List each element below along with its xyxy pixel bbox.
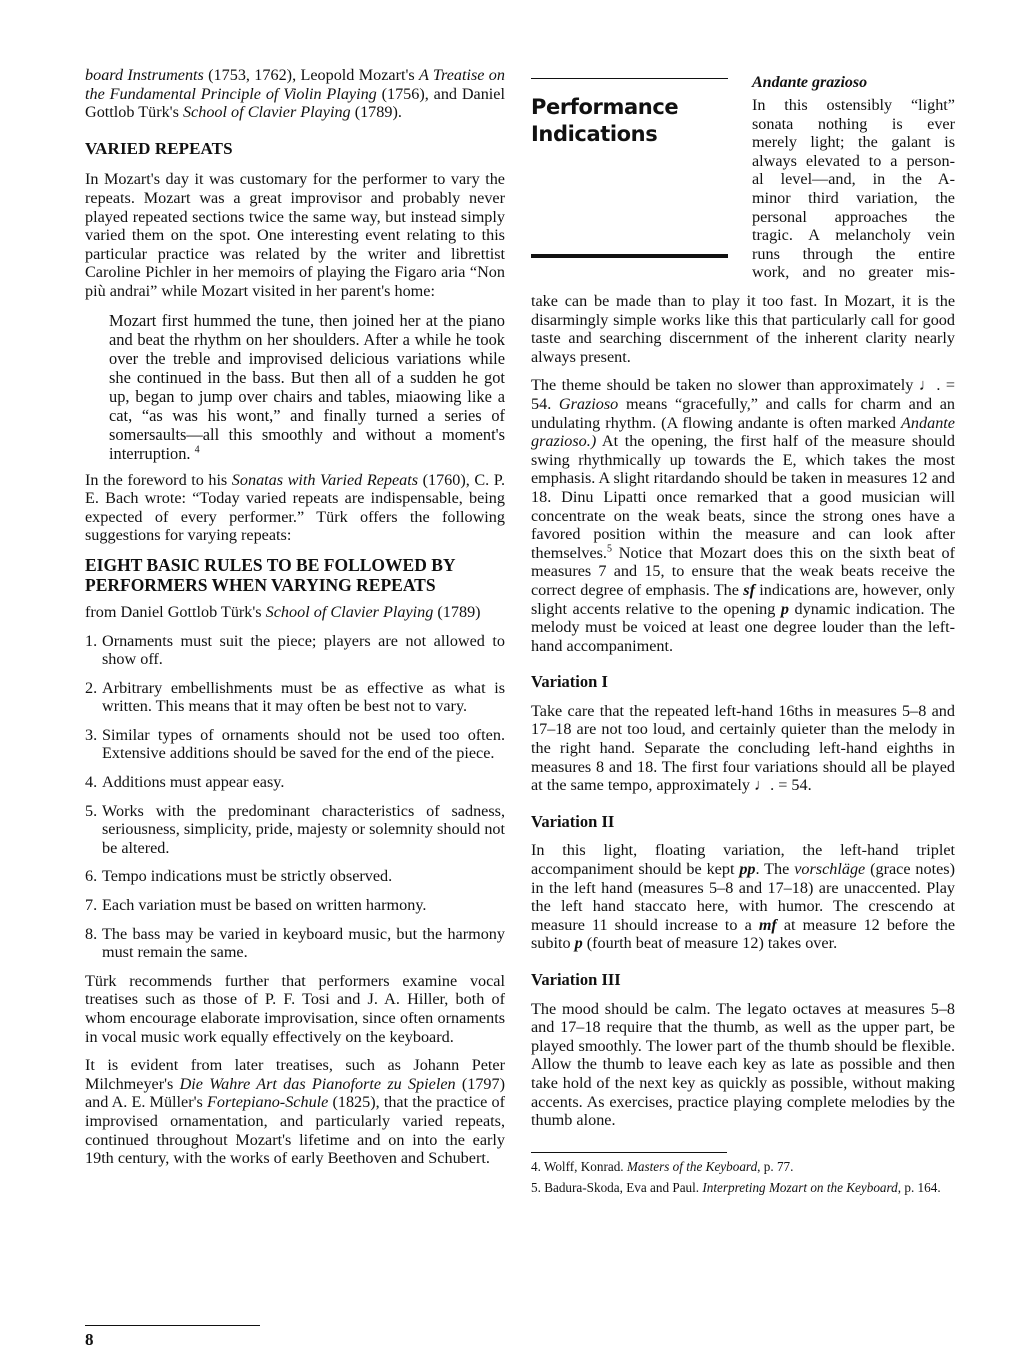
dynamic-marking: sf xyxy=(743,581,755,599)
sidebar-title-line: Performance xyxy=(531,94,678,121)
text: (fourth beat of measure 12) takes over. xyxy=(583,934,837,952)
footnote-rule xyxy=(531,1152,727,1153)
list-number: 3. xyxy=(85,726,102,763)
dynamic-marking: mf xyxy=(759,916,777,934)
book-title: Fortepiano-Schule xyxy=(207,1093,328,1111)
book-title: School of Clavier Playing xyxy=(266,603,434,621)
list-item: 2.Arbitrary embellishments must be as ef… xyxy=(85,679,505,716)
list-text: Works with the predominant characteristi… xyxy=(102,802,505,858)
list-number: 7. xyxy=(85,896,102,915)
theme-paragraph: The theme should be taken no slower than… xyxy=(531,376,955,655)
evident-paragraph: It is evident from later treatises, such… xyxy=(85,1056,505,1168)
text-line: personal approaches the xyxy=(752,208,955,227)
text: . The xyxy=(756,860,795,878)
list-text: Ornaments must suit the piece; players a… xyxy=(102,632,505,669)
variation-1-heading: Variation I xyxy=(531,673,955,692)
text-line: sonata nothing is ever xyxy=(752,115,955,134)
list-item: 7.Each variation must be based on writte… xyxy=(85,896,505,915)
varied-repeats-paragraph: In Mozart's day it was customary for the… xyxy=(85,170,505,300)
text-line: merely light; the galant is xyxy=(752,133,955,152)
turk-paragraph: Türk recommends further that performers … xyxy=(85,972,505,1046)
text-line: runs through the entire xyxy=(752,245,955,264)
section-heading-varied-repeats: VARIED REPEATS xyxy=(85,140,505,159)
text-line: al level—and, in the A- xyxy=(752,170,955,189)
list-text: Arbitrary embellishments must be as effe… xyxy=(102,679,505,716)
text-line: always elevated to a person- xyxy=(752,152,955,171)
foreword-paragraph: In the foreword to his Sonatas with Vari… xyxy=(85,471,505,545)
list-number: 8. xyxy=(85,925,102,962)
list-number: 6. xyxy=(85,867,102,886)
list-number: 1. xyxy=(85,632,102,669)
term: Grazioso xyxy=(559,395,618,413)
text: 5. Badura-Skoda, Eva and Paul. xyxy=(531,1180,702,1195)
list-item: 6.Tempo indications must be strictly obs… xyxy=(85,867,505,886)
list-item: 3.Similar types of ornaments should not … xyxy=(85,726,505,763)
list-item: 4.Additions must appear easy. xyxy=(85,773,505,792)
dynamic-marking: p xyxy=(575,934,583,952)
list-text: Tempo indications must be strictly obser… xyxy=(102,867,505,886)
intro-continued: take can be made than to play it too fas… xyxy=(531,292,955,366)
footnote: 5. Badura-Skoda, Eva and Paul. Interpret… xyxy=(531,1180,955,1196)
book-title: Interpreting Mozart on the Keyboard xyxy=(702,1180,897,1195)
dynamic-marking: pp xyxy=(739,860,755,878)
list-number: 2. xyxy=(85,679,102,716)
sidebar-title: Performance Indications xyxy=(531,94,678,148)
book-title: Die Wahre Art das Pianoforte zu Spielen xyxy=(180,1075,456,1093)
list-number: 5. xyxy=(85,802,102,858)
book-title: School of Clavier Playing xyxy=(183,103,351,121)
text: , p. 164. xyxy=(898,1180,941,1195)
book-title: board Instruments xyxy=(85,66,204,84)
text: from Daniel Gottlob Türk's xyxy=(85,603,266,621)
text: , p. 77. xyxy=(757,1159,793,1174)
footnote: 4. Wolff, Konrad. Masters of the Keyboar… xyxy=(531,1159,955,1175)
variation-1-text: Take care that the repeated left-hand 16… xyxy=(531,702,955,795)
left-column: board Instruments (1753, 1762), Leopold … xyxy=(85,66,505,1178)
list-text: Similar types of ornaments should not be… xyxy=(102,726,505,763)
list-text: Additions must appear easy. xyxy=(102,773,505,792)
tempo-heading: Andante grazioso xyxy=(752,74,867,92)
page-number: 8 xyxy=(85,1330,94,1350)
variation-2-text: In this light, floating variation, the l… xyxy=(531,841,955,953)
text: 4. Wolff, Konrad. xyxy=(531,1159,627,1174)
rules-list: 1.Ornaments must suit the piece; players… xyxy=(85,632,505,962)
book-title: Sonatas with Varied Repeats xyxy=(232,471,418,489)
list-item: 8.The bass may be varied in keyboard mus… xyxy=(85,925,505,962)
sidebar-title-line: Indications xyxy=(531,121,678,148)
text: (1789). xyxy=(351,103,402,121)
book-title: Masters of the Keyboard xyxy=(627,1159,757,1174)
page-number-rule xyxy=(85,1325,260,1326)
term: vorschläge xyxy=(794,860,865,878)
sidebar-bottom-rule xyxy=(531,254,728,258)
text-line: tragic. A melancholy vein xyxy=(752,226,955,245)
list-text: The bass may be varied in keyboard music… xyxy=(102,925,505,962)
rules-source: from Daniel Gottlob Türk's School of Cla… xyxy=(85,603,505,622)
list-number: 4. xyxy=(85,773,102,792)
block-quote: Mozart first hummed the tune, then joine… xyxy=(109,311,505,463)
text-line: In this ostensibly “light” xyxy=(752,96,955,115)
variation-3-text: The mood should be calm. The legato octa… xyxy=(531,1000,955,1130)
text: In the foreword to his xyxy=(85,471,232,489)
text: (1789) xyxy=(433,603,480,621)
variation-2-heading: Variation II xyxy=(531,813,955,832)
footnote-ref: 4 xyxy=(195,444,200,455)
intro-narrow-text: In this ostensibly “light” sonata nothin… xyxy=(752,96,955,282)
list-item: 5.Works with the predominant characteris… xyxy=(85,802,505,858)
text-line: work, and no greater mis- xyxy=(752,263,955,282)
sidebar-top-rule xyxy=(531,78,728,79)
rules-heading: EIGHT BASIC RULES TO BE FOLLOWED BY PERF… xyxy=(85,555,505,595)
right-column: take can be made than to play it too fas… xyxy=(531,292,955,1202)
dynamic-marking: p xyxy=(781,600,789,618)
quote-text: Mozart first hummed the tune, then joine… xyxy=(109,311,505,463)
opening-paragraph: board Instruments (1753, 1762), Leopold … xyxy=(85,66,505,122)
text-line: minor third variation, the xyxy=(752,189,955,208)
text: At the opening, the first half of the me… xyxy=(531,432,955,562)
variation-3-heading: Variation III xyxy=(531,971,955,990)
list-text: Each variation must be based on written … xyxy=(102,896,505,915)
text: (1753, 1762), Leopold Mozart's xyxy=(204,66,419,84)
list-item: 1.Ornaments must suit the piece; players… xyxy=(85,632,505,669)
